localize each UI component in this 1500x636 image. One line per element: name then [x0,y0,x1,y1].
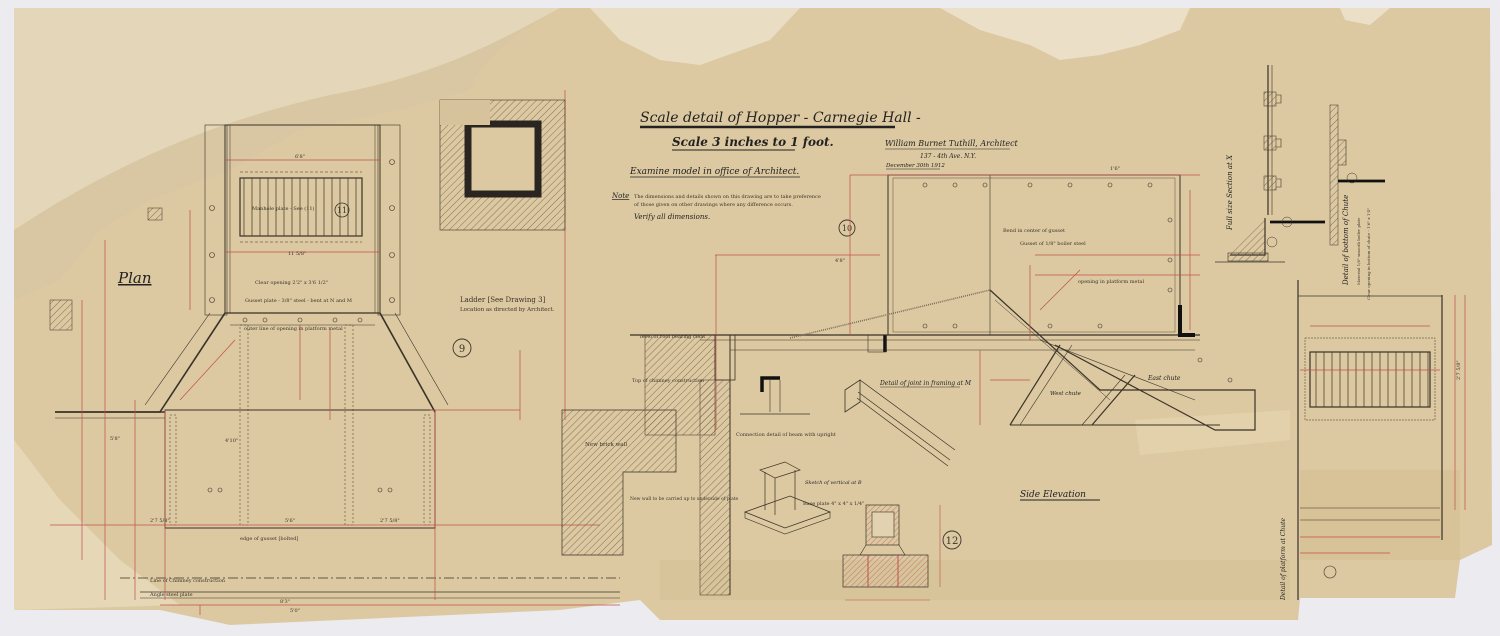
view-title-joint-detail: Detail of joint in framing at M [879,380,972,387]
chimney-flue-section [440,100,565,230]
dim-label: 4'10" [225,438,238,444]
label-ladder-location: Location as directed by Architect. [460,307,555,313]
label-east-chute: East chute [1147,375,1181,382]
svg-text:Connection detail of beam with: Connection detail of beam with upright [736,432,836,438]
svg-text:Top of chimney construction: Top of chimney construction [632,378,705,384]
svg-text:Clear opening in bottom of chu: Clear opening in bottom of chute - 1'6" … [1366,208,1371,300]
label-manhole-plate: Manhole plate - See (11) [252,205,315,212]
view-title-detail-bottom-chute: Detail of bottom of Chute [1342,195,1350,286]
dim-label: 11 5/8" [288,251,306,257]
svg-text:12: 12 [946,536,959,547]
note-line1: The dimensions and details shown on this… [634,194,821,200]
dim-label: 5'6" [285,518,295,524]
dim-label: 8'3" [280,599,290,605]
callout-11: 11 [335,203,349,217]
svg-text:Base plate 4" x 4" x 1/4": Base plate 4" x 4" x 1/4" [803,501,864,507]
drawing-title: Scale detail of Hopper - Carnegie Hall - [640,110,921,126]
label-clear-opening: Clear opening 2'2" x 3'6 1/2" [255,280,328,286]
label-west-chute: West chute [1050,391,1082,397]
label-outer-line: outer line of opening in platform metal [244,326,343,332]
svg-text:2'7 5/8": 2'7 5/8" [1456,360,1462,380]
view-title-plan: Plan [117,269,152,287]
label-edge-gusset: edge of gusset [bolted] [240,536,298,542]
note-line2: of those given on other drawings where a… [634,202,793,208]
view-title-side-elevation: Side Elevation [1020,490,1086,500]
svg-text:1'6": 1'6" [1110,166,1120,172]
view-title-sketch-vertical: Sketch of vertical at B [805,480,862,486]
view-title-full-size-section: Full size Section at X [1226,154,1234,231]
svg-text:opening in platform metal: opening in platform metal [1078,279,1144,285]
svg-text:9: 9 [459,344,465,355]
label-line-chimney: Line of Chimney construction [150,578,226,584]
architectural-drawing-sheet: 6'8" 11 5/8" 2'7 5/8" 2'7 5/8" 5'6" 8'3"… [0,0,1500,636]
view-title-platform-detail: Detail of platform at Chute [1280,517,1287,601]
note-label: Note [611,192,629,200]
dim-label: 5'8" [110,436,120,442]
svg-text:Gusset of 1/8" boiler steel: Gusset of 1/8" boiler steel [1020,241,1086,247]
architect-name: William Burnet Tuthill, Architect [885,139,1019,148]
svg-text:10: 10 [842,224,852,233]
dim-label: 5'0" [290,608,300,614]
drawing-date: December 30th 1912 [885,163,945,169]
label-ladder: Ladder [See Drawing 3] [460,296,546,304]
dim-label: 6'8" [295,154,305,160]
svg-text:New brick wall: New brick wall [585,442,627,448]
drawing-scale: Scale 3 inches to 1 foot. [672,135,834,149]
dim-label: 2'7 5/8" [380,518,400,524]
dim-label: 2'7 5/8" [150,518,170,524]
label-angle-steel: Angle steel plate [149,592,193,598]
svg-text:4'8": 4'8" [835,258,845,264]
note-line3: Verify all dimensions. [634,213,710,221]
architect-address: 137 - 4th Ave. N.Y. [920,153,976,160]
svg-text:Bend in center of gusset: Bend in center of gusset [1003,228,1065,234]
instruction: Examine model in office of Architect. [629,167,799,177]
label-gusset: Gusset plate - 3/8" steel - bent at N an… [245,298,352,304]
svg-text:11: 11 [337,206,347,215]
svg-text:Material 1/8" smooth boiler pl: Material 1/8" smooth boiler plate [1356,217,1361,285]
